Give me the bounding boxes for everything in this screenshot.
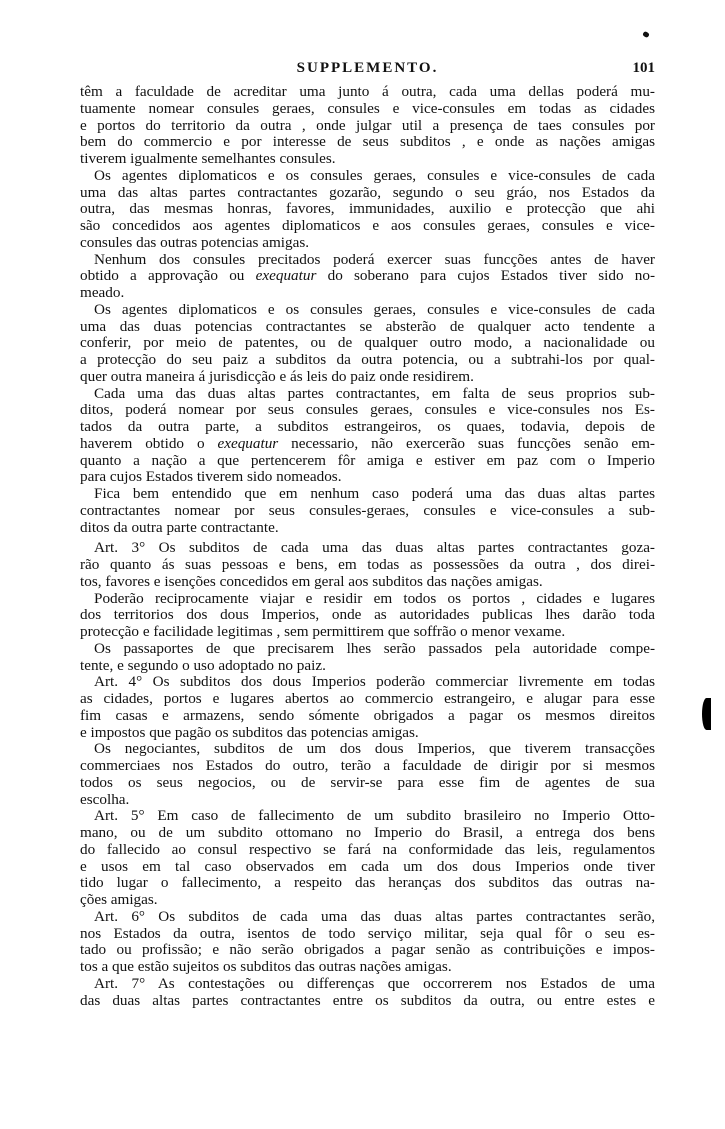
- text-line: rão quanto ás suas pessoas e bens, em to…: [80, 557, 655, 574]
- text-line: consules das outras potencias amigas.: [80, 235, 655, 252]
- text-line: para cujos Estados tiverem sido nomeados…: [80, 469, 655, 486]
- ink-speck: [642, 31, 650, 38]
- text-line: Fica bem entendido que em nenhum caso po…: [80, 486, 655, 503]
- text-line: tuamente nomear consules geraes, consule…: [80, 101, 655, 118]
- page-header: SUPPLEMENTO. 101: [80, 60, 655, 80]
- text-line: Os negociantes, subditos de um dos dous …: [80, 741, 655, 758]
- text-line: e impostos que pagão os subditos das pot…: [80, 725, 655, 742]
- text-line: Art. 3° Os subditos de cada uma das duas…: [80, 540, 655, 557]
- text-line: ções amigas.: [80, 892, 655, 909]
- italic-term: exequatur: [256, 267, 317, 284]
- text-line: fim casas e armazens, sendo sómente obri…: [80, 708, 655, 725]
- text-line: tido lugar o fallecimento, a respeito da…: [80, 875, 655, 892]
- text-line: Os agentes diplomaticos e os consules ge…: [80, 302, 655, 319]
- text-line: tos a que estão sujeitos os subditos das…: [80, 959, 655, 976]
- text-line: uma das duas potencias contractantes se …: [80, 319, 655, 336]
- running-title: SUPPLEMENTO.: [80, 60, 655, 77]
- text-line: tiverem igualmente semelhantes consules.: [80, 151, 655, 168]
- text-line: todos os seus negocios, ou de servir-se …: [80, 775, 655, 792]
- text-line: nos Estados da outra, isentos de todo se…: [80, 926, 655, 943]
- text-line: das duas altas partes contractantes entr…: [80, 993, 655, 1010]
- text-line: contractantes nomear por seus consules-g…: [80, 503, 655, 520]
- text-line: do fallecido ao consul respectivo se far…: [80, 842, 655, 859]
- text-line: Poderão reciprocamente viajar e residir …: [80, 591, 655, 608]
- text-line: tado ou profissão; e não serão obrigados…: [80, 942, 655, 959]
- text-line: commerciaes nos Estados do outro, terão …: [80, 758, 655, 775]
- text-line: dos territorios dos dous Imperios, onde …: [80, 607, 655, 624]
- text-line: meado.: [80, 285, 655, 302]
- text-line: Art. 5° Em caso de fallecimento de um su…: [80, 808, 655, 825]
- text-line: e portos do territorio da outra , onde j…: [80, 118, 655, 135]
- body-text: têm a faculdade de acreditar uma junto á…: [80, 84, 655, 1009]
- text-line: obtido a approvação ou exequatur do sobe…: [80, 268, 655, 285]
- text-line: Os agentes diplomaticos e os consules ge…: [80, 168, 655, 185]
- text-line: e usos em tal caso observados em cada um…: [80, 859, 655, 876]
- text-line: ditos, poderá nomear por seus consules g…: [80, 402, 655, 419]
- text-line: outra, das mesmas honras, favores, immun…: [80, 201, 655, 218]
- text-line: Cada uma das duas altas partes contracta…: [80, 386, 655, 403]
- text-line: Art. 6° Os subditos de cada uma das duas…: [80, 909, 655, 926]
- text-line: mano, ou de um subdito ottomano no Imper…: [80, 825, 655, 842]
- text-line: Art. 4° Os subditos dos dous Imperios po…: [80, 674, 655, 691]
- text-line: Os passaportes de que precisarem lhes se…: [80, 641, 655, 658]
- text-line: são concedidos aos agentes diplomaticos …: [80, 218, 655, 235]
- text-line: ditos da outra parte contractante.: [80, 520, 655, 537]
- text-line: tos, favores e isenções concedidos em ge…: [80, 574, 655, 591]
- text-line: quanto a nação a que pertencerem fôr ami…: [80, 453, 655, 470]
- text-line: têm a faculdade de acreditar uma junto á…: [80, 84, 655, 101]
- text-line: Art. 7° As contestações ou differenças q…: [80, 976, 655, 993]
- italic-term: exequatur: [217, 435, 278, 452]
- text-line: tados da outra parte, a subditos estrang…: [80, 419, 655, 436]
- text-line: haverem obtido o exequatur necessario, n…: [80, 436, 655, 453]
- margin-ink-mark: [702, 698, 711, 730]
- text-line: as cidades, portos e lugares abertos ao …: [80, 691, 655, 708]
- text-line: bem do commercio e por interesse de seus…: [80, 134, 655, 151]
- text-line: Nenhum dos consules precitados poderá ex…: [80, 252, 655, 269]
- text-line: uma das altas partes contractantes gozar…: [80, 185, 655, 202]
- text-line: escolha.: [80, 792, 655, 809]
- page-number: 101: [633, 60, 656, 77]
- text-line: a protecção do seu paiz a subditos da ou…: [80, 352, 655, 369]
- text-line: quer outra maneira á jurisdicção e ás le…: [80, 369, 655, 386]
- text-line: conferir, por meio de patentes, ou de qu…: [80, 335, 655, 352]
- text-line: protecção e facilidade legitimas , sem p…: [80, 624, 655, 641]
- text-line: tente, e segundo o uso adoptado no paiz.: [80, 658, 655, 675]
